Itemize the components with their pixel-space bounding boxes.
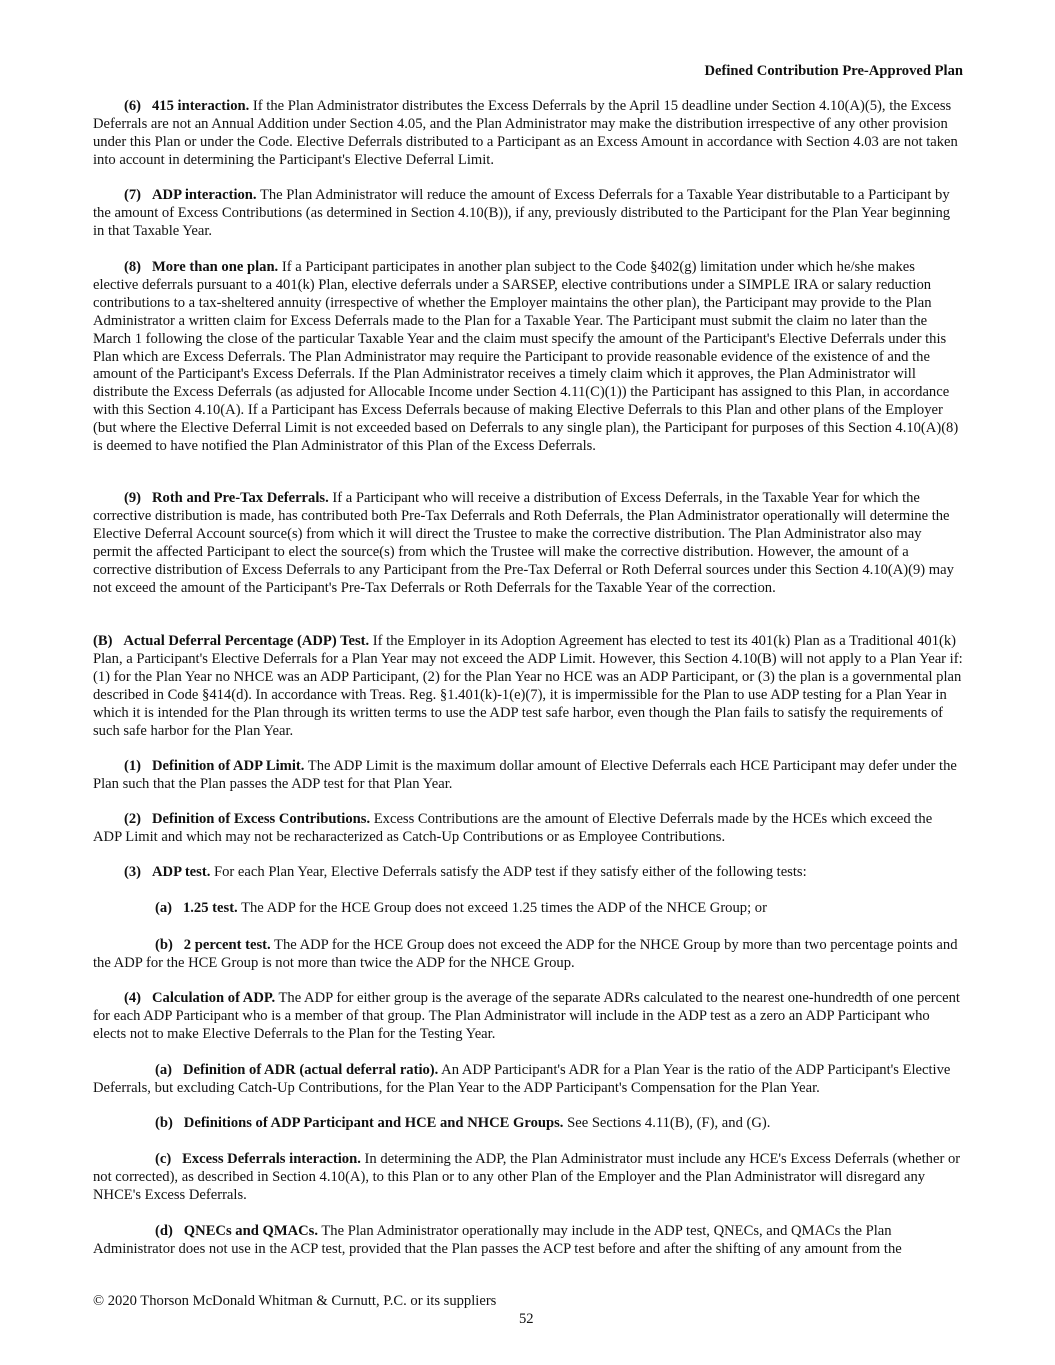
paragraph-heading: Definition of ADP Limit. — [152, 758, 304, 774]
subparagraph-letter: (d) — [155, 1223, 173, 1239]
subparagraph-125-test: (a) 1.25 test. The ADP for the HCE Group… — [93, 900, 963, 918]
subparagraph-heading: Definition of ADR (actual deferral ratio… — [183, 1062, 438, 1078]
paragraph-heading: Definition of Excess Contributions. — [152, 811, 370, 827]
paragraph-body: For each Plan Year, Elective Deferrals s… — [214, 864, 807, 880]
subparagraph-definitions-groups: (b) Definitions of ADP Participant and H… — [93, 1115, 963, 1133]
subparagraph-heading: Excess Deferrals interaction. — [182, 1151, 361, 1167]
subparagraph-letter: (b) — [155, 1115, 173, 1131]
paragraph-calculation-of-adp: (4) Calculation of ADP. The ADP for eith… — [93, 990, 963, 1044]
paragraph-heading: Calculation of ADP. — [152, 990, 275, 1006]
paragraph-number: (1) — [124, 758, 141, 774]
subparagraph-letter: (a) — [155, 1062, 172, 1078]
paragraph-number: (9) — [124, 490, 141, 506]
paragraph-roth-and-pretax: (9) Roth and Pre-Tax Deferrals. If a Par… — [93, 490, 963, 597]
subparagraph-letter: (a) — [155, 900, 172, 916]
subparagraph-letter: (b) — [155, 937, 173, 953]
subparagraph-heading: Definitions of ADP Participant and HCE a… — [184, 1115, 564, 1131]
paragraph-body: See Sections 4.11(B), (F), and (G). — [567, 1115, 770, 1131]
paragraph-more-than-one-plan: (8) More than one plan. If a Participant… — [93, 259, 963, 456]
paragraph-heading: ADP test. — [152, 864, 210, 880]
paragraph-number: (7) — [124, 187, 141, 203]
paragraph-body: The ADP for the HCE Group does not excee… — [241, 900, 767, 916]
section-letter: (B) — [93, 633, 112, 649]
paragraph-adp-test: (3) ADP test. For each Plan Year, Electi… — [93, 864, 963, 882]
paragraph-415-interaction: (6) 415 interaction. If the Plan Adminis… — [93, 98, 963, 170]
paragraph-number: (3) — [124, 864, 141, 880]
paragraph-number: (8) — [124, 259, 141, 275]
paragraph-body: If a Participant participates in another… — [93, 259, 958, 454]
subparagraph-qnecs-and-qmacs: (d) QNECs and QMACs. The Plan Administra… — [93, 1223, 963, 1259]
paragraph-heading: ADP interaction. — [152, 187, 257, 203]
paragraph-heading: 415 interaction. — [152, 98, 249, 114]
subparagraph-heading: QNECs and QMACs. — [184, 1223, 318, 1239]
paragraph-heading: More than one plan. — [152, 259, 278, 275]
paragraph-number: (2) — [124, 811, 141, 827]
paragraph-number: (4) — [124, 990, 141, 1006]
paragraph-definition-adp-limit: (1) Definition of ADP Limit. The ADP Lim… — [93, 758, 963, 794]
subparagraph-2-percent-test: (b) 2 percent test. The ADP for the HCE … — [93, 937, 963, 973]
footer-copyright: © 2020 Thorson McDonald Whitman & Curnut… — [93, 1293, 496, 1311]
subparagraph-definition-of-adr: (a) Definition of ADR (actual deferral r… — [93, 1062, 963, 1098]
subparagraph-heading: 2 percent test. — [184, 937, 271, 953]
subparagraph-letter: (c) — [155, 1151, 171, 1167]
paragraph-adp-interaction: (7) ADP interaction. The Plan Administra… — [93, 187, 963, 241]
section-heading: Actual Deferral Percentage (ADP) Test. — [123, 633, 369, 649]
page-header-title: Defined Contribution Pre-Approved Plan — [704, 63, 963, 81]
paragraph-heading: Roth and Pre-Tax Deferrals. — [152, 490, 329, 506]
section-adp-test: (B) Actual Deferral Percentage (ADP) Tes… — [93, 633, 963, 740]
subparagraph-heading: 1.25 test. — [183, 900, 238, 916]
page-number: 52 — [519, 1311, 534, 1329]
paragraph-number: (6) — [124, 98, 141, 114]
subparagraph-excess-deferrals-interaction: (c) Excess Deferrals interaction. In det… — [93, 1151, 963, 1205]
paragraph-definition-excess-contributions: (2) Definition of Excess Contributions. … — [93, 811, 963, 847]
